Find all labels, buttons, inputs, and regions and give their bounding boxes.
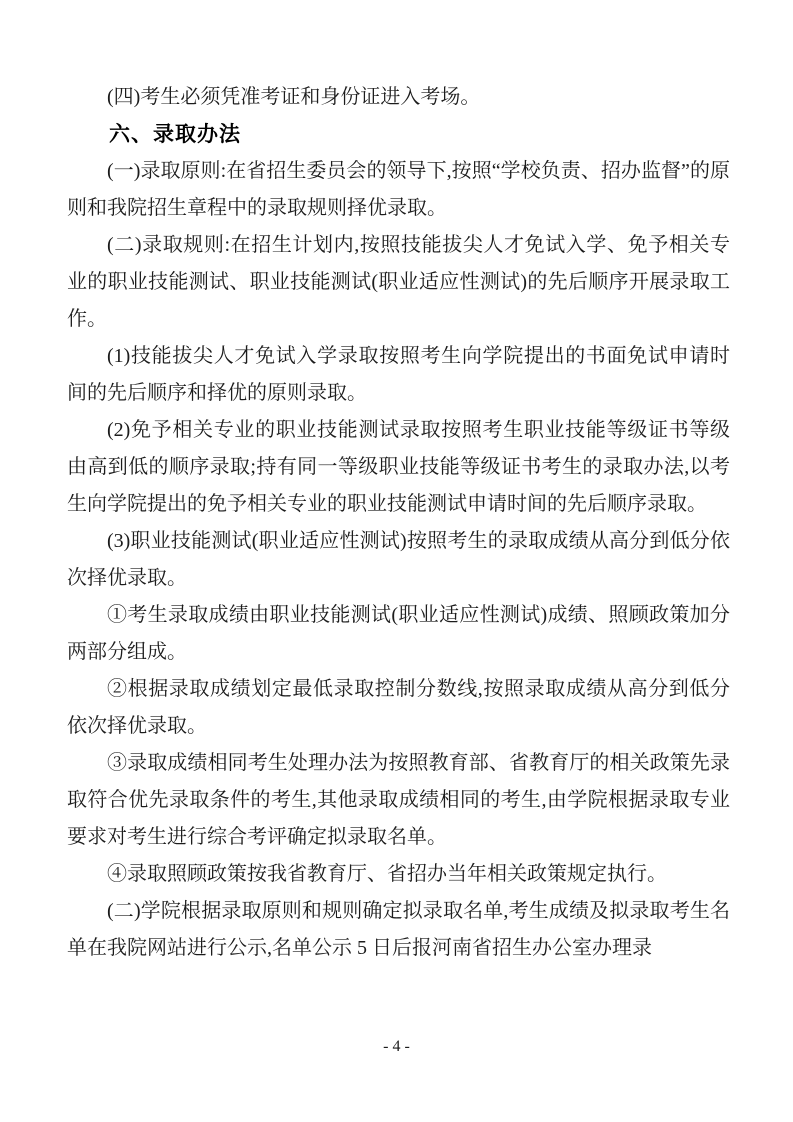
section-heading: 六、录取办法 — [67, 116, 730, 153]
document-page: (四)考生必须凭准考证和身份证进入考场。六、录取办法(一)录取原则:在省招生委员… — [0, 0, 793, 1122]
paragraph: ②根据录取成绩划定最低录取控制分数线,按照录取成绩从高分到低分依次择优录取。 — [67, 671, 730, 745]
page-content: (四)考生必须凭准考证和身份证进入考场。六、录取办法(一)录取原则:在省招生委员… — [67, 79, 730, 967]
page-footer: - 4 - — [0, 1036, 793, 1058]
paragraph: (3)职业技能测试(职业适应性测试)按照考生的录取成绩从高分到低分依次择优录取。 — [67, 523, 730, 597]
paragraph: (四)考生必须凭准考证和身份证进入考场。 — [67, 79, 730, 116]
paragraph: (2)免予相关专业的职业技能测试录取按照考生职业技能等级证书等级由高到低的顺序录… — [67, 412, 730, 523]
paragraph: (一)录取原则:在省招生委员会的领导下,按照“学校负责、招办监督”的原则和我院招… — [67, 153, 730, 227]
paragraph: (1)技能拔尖人才免试入学录取按照考生向学院提出的书面免试申请时间的先后顺序和择… — [67, 338, 730, 412]
paragraph: ④录取照顾政策按我省教育厅、省招办当年相关政策规定执行。 — [67, 856, 730, 893]
paragraph: (二)学院根据录取原则和规则确定拟录取名单,考生成绩及拟录取考生名单在我院网站进… — [67, 893, 730, 967]
paragraph: ③录取成绩相同考生处理办法为按照教育部、省教育厅的相关政策先录取符合优先录取条件… — [67, 745, 730, 856]
paragraph: ①考生录取成绩由职业技能测试(职业适应性测试)成绩、照顾政策加分两部分组成。 — [67, 597, 730, 671]
page-number: - 4 - — [383, 1038, 410, 1055]
paragraph: (二)录取规则:在招生计划内,按照技能拔尖人才免试入学、免予相关专业的职业技能测… — [67, 227, 730, 338]
